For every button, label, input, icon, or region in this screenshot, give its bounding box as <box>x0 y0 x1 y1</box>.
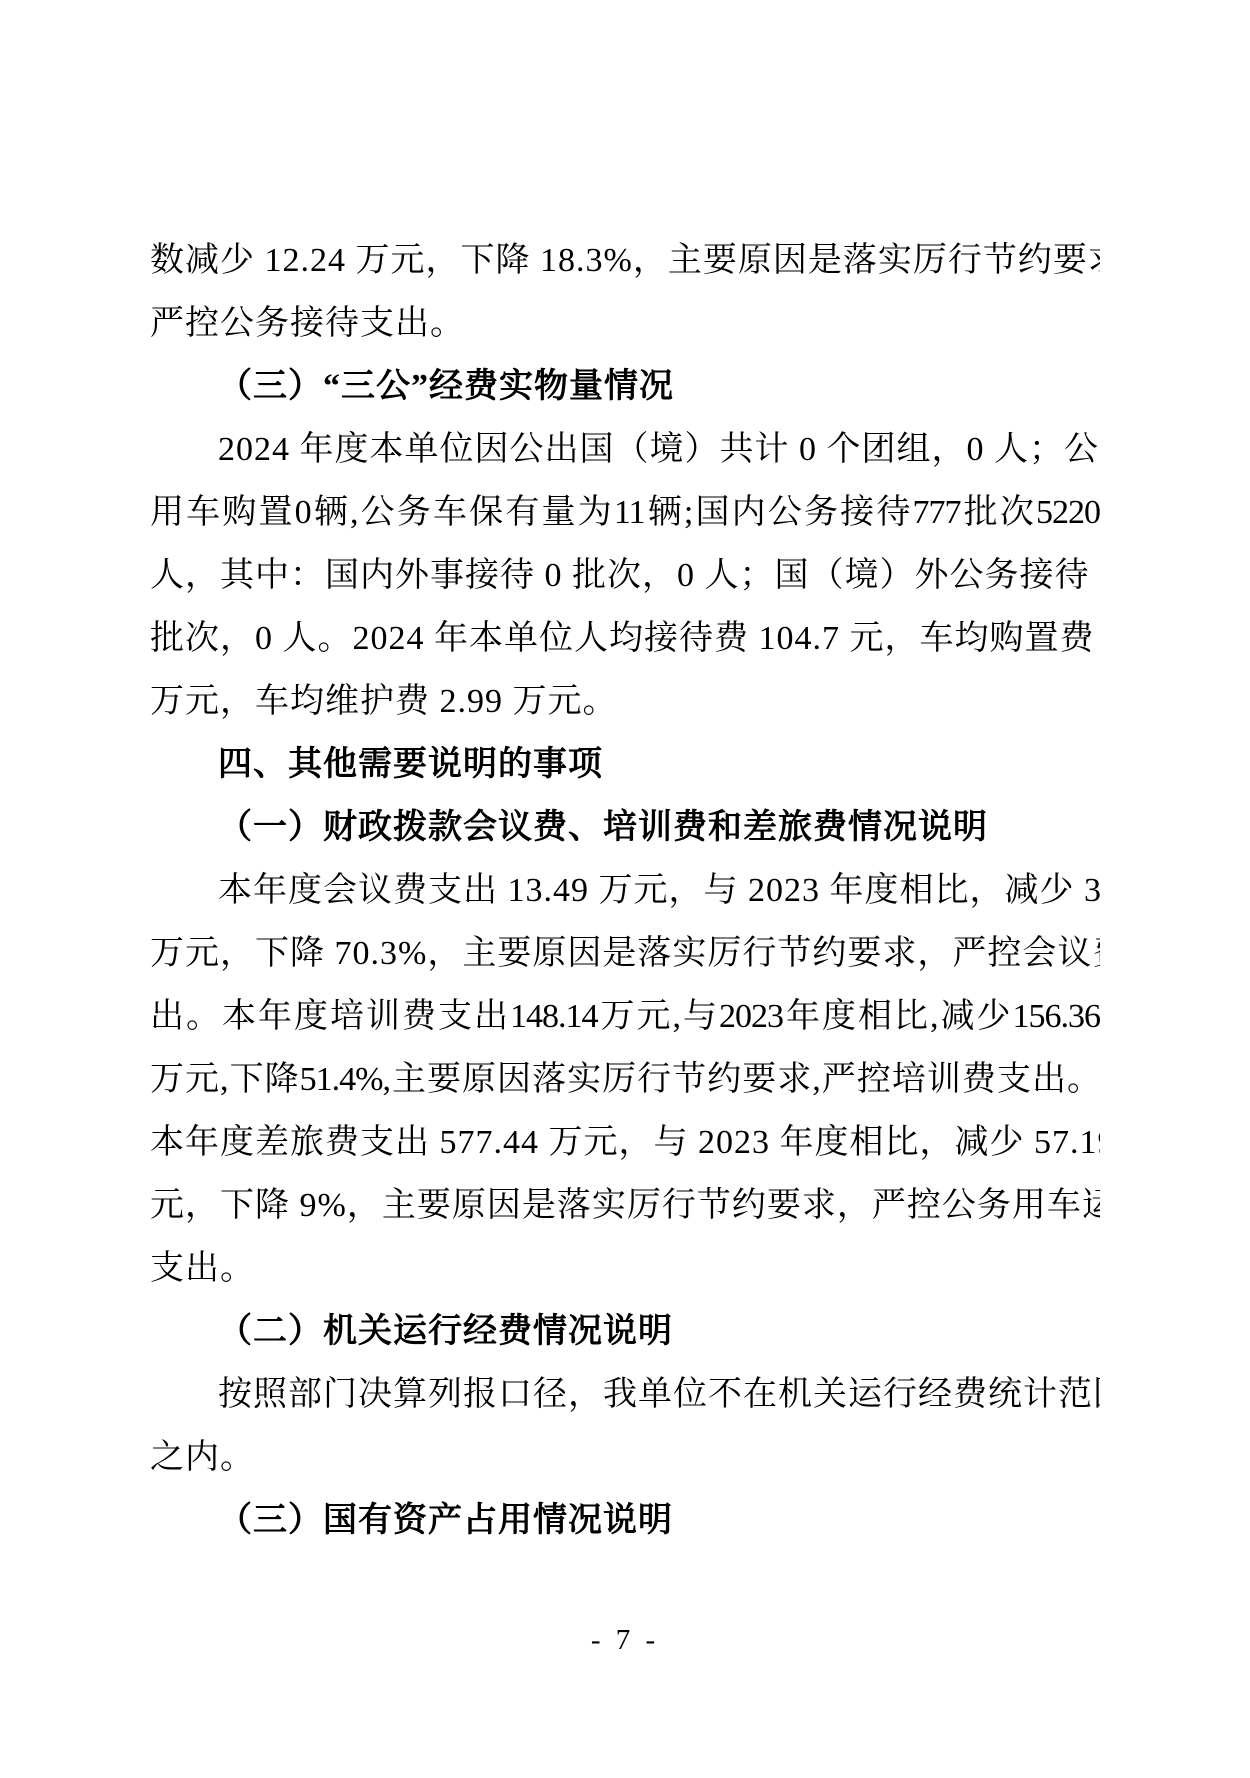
page-number: - 7 - <box>0 1624 1250 1657</box>
text-line: 万元，下降 70.3%，主要原因是落实厉行节约要求，严控会议费支 <box>150 922 1100 985</box>
text-line: 人，其中：国内外事接待 0 批次，0 人；国（境）外公务接待 0 <box>150 544 1100 607</box>
text-line: 之内。 <box>150 1426 1100 1489</box>
text-line: 严控公务接待支出。 <box>150 292 1100 355</box>
text-line: 批次，0 人。2024 年本单位人均接待费 104.7 元，车均购置费 0 <box>150 607 1100 670</box>
text-line: 数减少 12.24 万元，下降 18.3%，主要原因是落实厉行节约要求， <box>150 229 1100 292</box>
section-heading: （三）国有资产占用情况说明 <box>150 1489 1100 1552</box>
document-page: 数减少 12.24 万元，下降 18.3%，主要原因是落实厉行节约要求，严控公务… <box>0 0 1250 1778</box>
text-line: 支出。 <box>150 1237 1100 1300</box>
text-line: 万元,下降51.4%,主要原因落实厉行节约要求,严控培训费支出。 <box>150 1048 1100 1111</box>
document-body: 数减少 12.24 万元，下降 18.3%，主要原因是落实厉行节约要求，严控公务… <box>150 229 1100 1552</box>
text-line: 元，下降 9%，主要原因是落实厉行节约要求，严控公务用车运行 <box>150 1174 1100 1237</box>
text-line: 按照部门决算列报口径，我单位不在机关运行经费统计范围 <box>150 1363 1100 1426</box>
text-line: 出。本年度培训费支出148.14万元,与2023年度相比,减少156.36 <box>150 985 1100 1048</box>
section-heading: （一）财政拨款会议费、培训费和差旅费情况说明 <box>150 796 1100 859</box>
section-heading: （二）机关运行经费情况说明 <box>150 1300 1100 1363</box>
section-heading: 四、其他需要说明的事项 <box>150 733 1100 796</box>
text-line: 万元，车均维护费 2.99 万元。 <box>150 670 1100 733</box>
text-line: 2024 年度本单位因公出国（境）共计 0 个团组，0 人；公务 <box>150 418 1100 481</box>
text-line: 用车购置0辆,公务车保有量为11辆;国内公务接待777批次5220 <box>150 481 1100 544</box>
section-heading: （三）“三公”经费实物量情况 <box>150 355 1100 418</box>
text-line: 本年度差旅费支出 577.44 万元，与 2023 年度相比，减少 57.19 … <box>150 1111 1100 1174</box>
text-line: 本年度会议费支出 13.49 万元，与 2023 年度相比，减少 31.95 <box>150 859 1100 922</box>
